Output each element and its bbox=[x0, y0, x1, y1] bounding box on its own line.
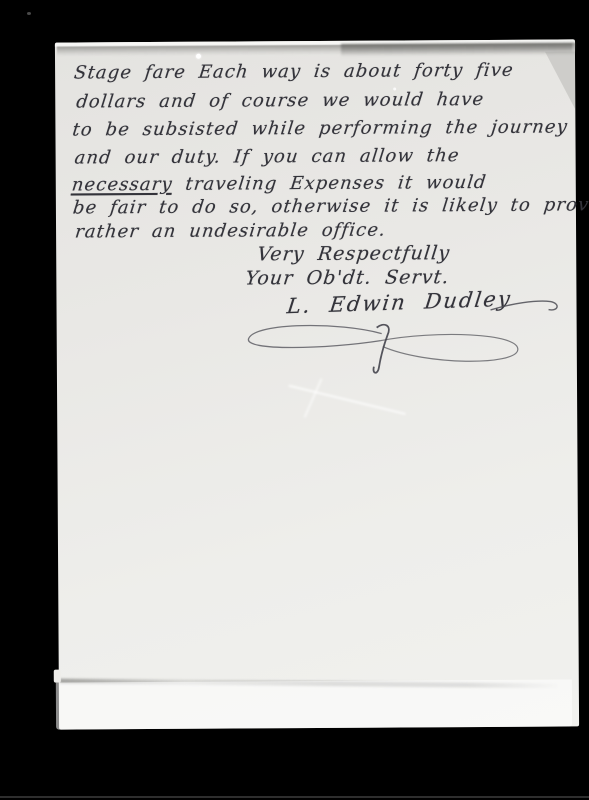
photostat-scan-background: Stage fare Each way is about forty five … bbox=[0, 0, 589, 800]
scan-edge-line bbox=[0, 796, 589, 798]
handwriting-line-5-rest: traveling Expenses it would bbox=[171, 172, 487, 195]
signature-flourish bbox=[240, 317, 530, 383]
signature-name: L. Edwin Dudley bbox=[286, 289, 513, 318]
signature-tail-stroke bbox=[488, 291, 566, 317]
page-edge-notch bbox=[54, 670, 61, 683]
handwriting-line-5: necessary traveling Expenses it would bbox=[71, 174, 488, 195]
paper-crease-mark bbox=[304, 378, 323, 417]
underlying-page-edge bbox=[56, 679, 572, 729]
handwriting-line-4: and our duty. If you can allow the bbox=[74, 147, 461, 167]
handwriting-line-1: Stage fare Each way is about forty five bbox=[73, 62, 515, 83]
underlined-word: necessary bbox=[71, 174, 174, 196]
handwriting-line-3: to be subsisted while performing the jou… bbox=[71, 118, 569, 139]
paper-corner-fold bbox=[545, 51, 575, 109]
paper-top-right-shadow bbox=[341, 42, 575, 56]
handwriting-line-7: rather an undesirable office. bbox=[74, 222, 387, 242]
closing-servant: Your Ob'dt. Servt. bbox=[244, 268, 450, 288]
letter-page: Stage fare Each way is about forty five … bbox=[55, 39, 579, 729]
background-speck bbox=[27, 12, 31, 15]
closing-respectfully: Very Respectfully bbox=[256, 244, 451, 264]
paper-speck bbox=[196, 54, 201, 59]
handwriting-line-2: dollars and of course we would have bbox=[75, 91, 485, 112]
handwriting-line-6: be fair to do so, otherwise it is likely… bbox=[72, 196, 589, 217]
